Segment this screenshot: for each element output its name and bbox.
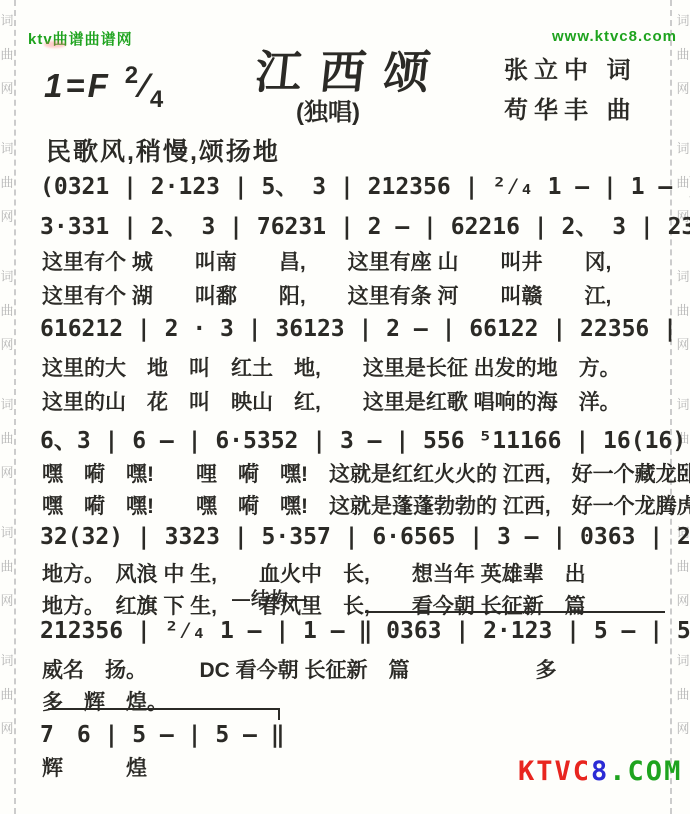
lyrics-line-2: 这里有个 湖 叫鄱 阳, 这里有条 河 叫赣 江, — [42, 280, 611, 310]
left-dashed-border — [14, 0, 16, 814]
notation-line-4: 6、3 | 6 — | 6·5352 | 3 — | 556 ⁵11166 | … — [40, 422, 690, 455]
footer-logo-com: .COM — [609, 756, 682, 787]
time-signature: 2⁄4 — [125, 62, 166, 114]
notation-line-7: 7 6 | 5 — | 5 — ‖ — [40, 716, 285, 749]
composer-credit: 苟华丰 曲 — [504, 90, 637, 125]
right-watermark-column: 词曲网词曲网词曲网词曲网词曲网词曲网 — [676, 4, 690, 772]
key-signature-text: 1=F — [44, 67, 111, 104]
lyricist-credit: 张立中 词 — [504, 50, 637, 85]
right-dashed-border — [670, 0, 672, 814]
sheet-music-page: 词曲网词曲网词曲网词曲网词曲网词曲网 词曲网词曲网词曲网词曲网词曲网词曲网 kt… — [0, 0, 690, 814]
key-signature: 1=F2⁄4 — [44, 62, 166, 114]
lyrics-line-8: 地方。 红旗 下 生, 春风里 长, 看今朝 长征新 篇 — [42, 590, 586, 620]
notation-line-6: 212356 | ²⁄₄ 1 — | 1 — ‖ 0363 | 2·123 | … — [40, 618, 690, 645]
lyrics-line-7: 地方。 风浪 中 生, 血火中 长, 想当年 英雄辈 出 — [42, 558, 586, 588]
notation-line-3: 616212 | 2 · 3 | 36123 | 2 — | 66122 | 2… — [40, 316, 690, 342]
lyrics-line-3: 这里的大 地 叫 红土 地, 这里是长征 出发的地 方。 — [42, 352, 621, 382]
lyrics-line-4: 这里的山 花 叫 映山 红, 这里是红歌 唱响的海 洋。 — [42, 386, 621, 416]
left-watermark-column: 词曲网词曲网词曲网词曲网词曲网词曲网 — [0, 4, 14, 772]
volta-line — [365, 611, 665, 613]
red-smudge-mark — [44, 41, 66, 48]
footer-logo-ktvc: KTVC — [518, 756, 591, 787]
site-logo: ktv曲谱曲谱网 — [28, 28, 133, 49]
footer-logo-8: 8 — [591, 756, 609, 787]
notation-line-5: 32(32) | 3323 | 5·357 | 6·6565 | 3 — | 0… — [40, 524, 690, 550]
coda-structure-label: —结构— — [232, 585, 308, 611]
notation-line-2: 3·331 | 2、 3 | 76231 | 2 — | 62216 | 2、 … — [40, 208, 690, 241]
lyrics-line-1: 这里有个 城 叫南 昌, 这里有座 山 叫井 冈, — [42, 246, 611, 276]
footer-brand-logo: KTVC8.COM — [518, 756, 682, 787]
lyrics-line-11: 辉 煌 — [42, 752, 147, 782]
tie-line — [48, 708, 278, 710]
lyrics-line-9: 威名 扬。 DC 看今朝 长征新 篇 多 — [42, 654, 557, 684]
song-subtitle: (独唱) — [296, 92, 360, 127]
notation-line-1: (0321 | 2·123 | 5、 3 | 212356 | ²⁄₄ 1 — … — [40, 168, 690, 201]
tempo-expression: 民歌风,稍慢,颂扬地 — [46, 132, 280, 168]
lyrics-line-5: 嘿 嗬 嘿! 哩 嗬 嘿! 这就是红红火火的 江西, 好一个藏龙卧虎的 — [42, 458, 690, 488]
lyrics-line-10: 多 辉 煌。 — [42, 686, 168, 716]
lyrics-line-6: 嘿 嗬 嘿! 嘿 嗬 嘿! 这就是蓬蓬勃勃的 江西, 好一个龙腾虎跃的 — [42, 490, 690, 520]
site-url: www.ktvc8.com — [552, 28, 677, 45]
